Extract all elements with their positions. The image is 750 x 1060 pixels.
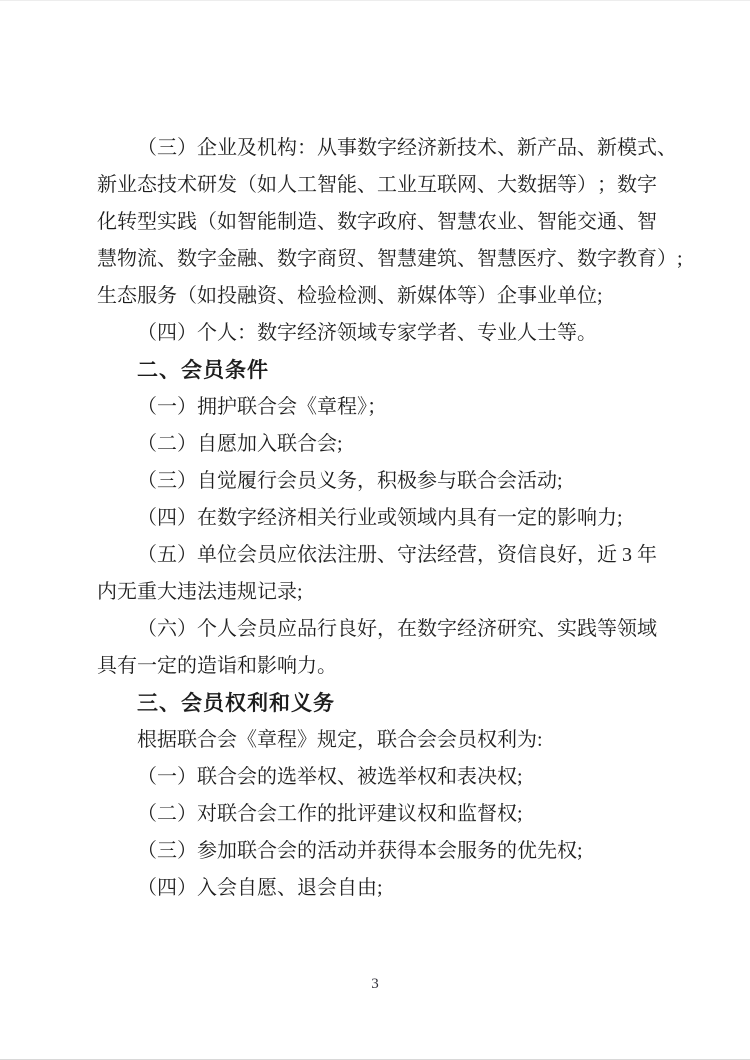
text-line: （三）企业及机构：从事数字经济新技术、新产品、新模式、: [97, 130, 653, 167]
text-line: （二）自愿加入联合会;: [97, 426, 653, 463]
text-line: （一）联合会的选举权、被选举权和表决权;: [97, 759, 653, 796]
text-line: （四）入会自愿、退会自由;: [97, 870, 653, 907]
text-line: （四）个人：数字经济领域专家学者、专业人士等。: [97, 315, 653, 352]
text-line: （一）拥护联合会《章程》；: [97, 389, 653, 426]
section-heading: 二、会员条件: [97, 352, 653, 389]
text-line: （二）对联合会工作的批评建议权和监督权;: [97, 796, 653, 833]
text-line: 具有一定的造诣和影响力。: [97, 648, 653, 685]
text-line: （三）参加联合会的活动并获得本会服务的优先权;: [97, 833, 653, 870]
text-line: 生态服务（如投融资、检验检测、新媒体等）企事业单位;: [97, 278, 653, 315]
section-heading: 三、会员权利和义务: [97, 685, 653, 722]
text-line: （三）自觉履行会员义务，积极参与联合会活动;: [97, 463, 653, 500]
text-line: （五）单位会员应依法注册、守法经营，资信良好，近 3 年: [97, 537, 653, 574]
text-line: 新业态技术研发（如人工智能、工业互联网、大数据等）；数字: [97, 167, 653, 204]
text-line: （四）在数字经济相关行业或领域内具有一定的影响力;: [97, 500, 653, 537]
text-line: 根据联合会《章程》规定，联合会会员权利为:: [97, 722, 653, 759]
text-line: 内无重大违法违规记录;: [97, 574, 653, 611]
document-body: （三）企业及机构：从事数字经济新技术、新产品、新模式、新业态技术研发（如人工智能…: [97, 130, 653, 907]
text-line: 化转型实践（如智能制造、数字政府、智慧农业、智能交通、智: [97, 204, 653, 241]
page-number: 3: [0, 976, 750, 993]
document-page: （三）企业及机构：从事数字经济新技术、新产品、新模式、新业态技术研发（如人工智能…: [0, 0, 750, 1060]
text-line: （六）个人会员应品行良好，在数字经济研究、实践等领域: [97, 611, 653, 648]
text-line: 慧物流、数字金融、数字商贸、智慧建筑、智慧医疗、数字教育）;: [97, 241, 653, 278]
